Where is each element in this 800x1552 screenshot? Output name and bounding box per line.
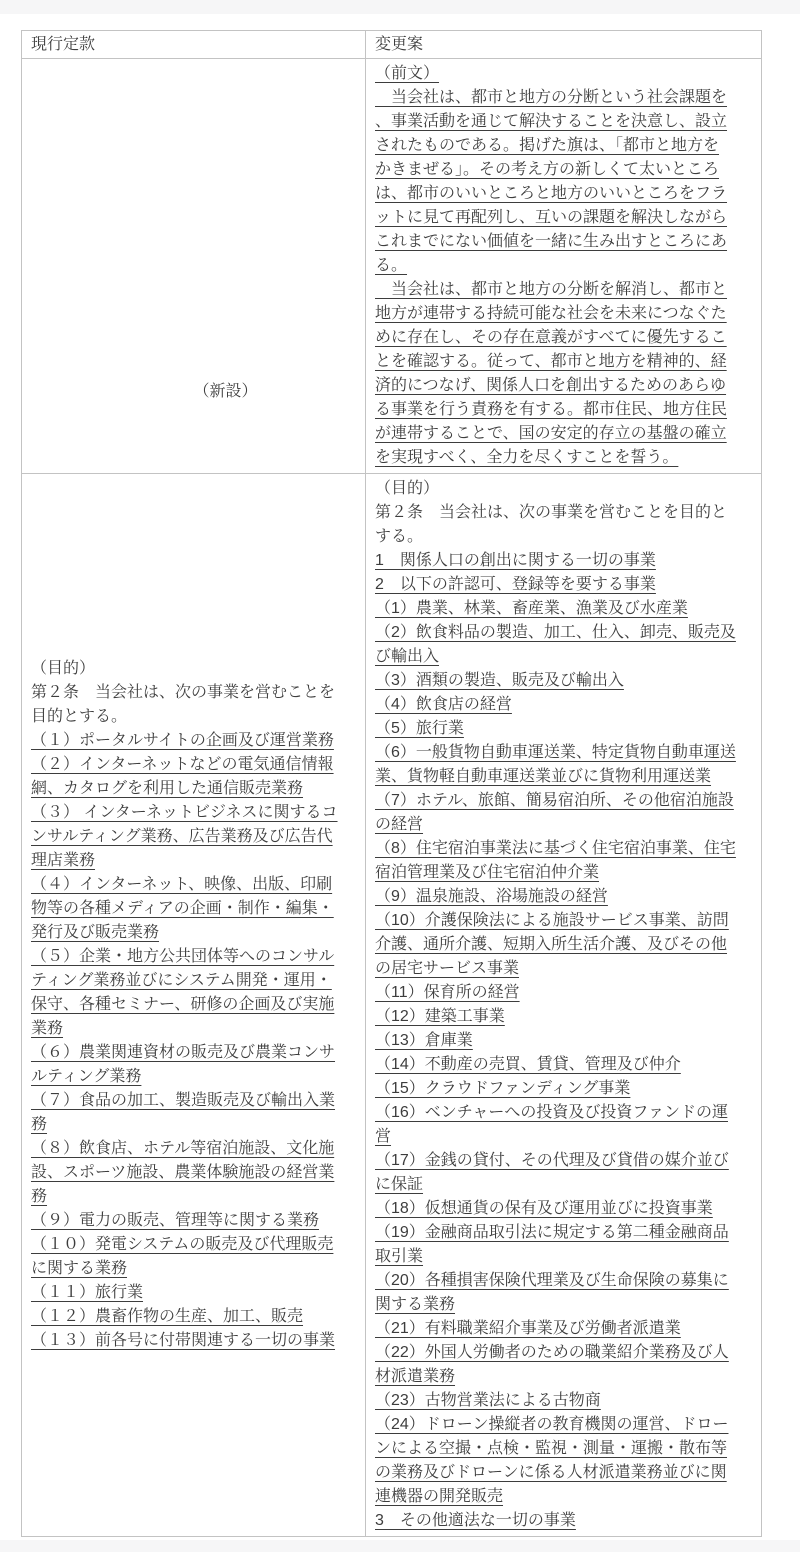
text-line: 取引業 bbox=[375, 1245, 752, 1269]
text-line: （20）各種損害保険代理業及び生命保険の募集に bbox=[375, 1269, 752, 1293]
text-line: （4）飲食店の経営 bbox=[375, 693, 752, 717]
text-line: （６）農業関連資材の販売及び農業コンサ bbox=[31, 1041, 356, 1065]
text-line: （１０）発電システムの販売及び代理販売 bbox=[31, 1233, 356, 1257]
text-line: る事業を行う責務を有する。都市住民、地方住民 bbox=[375, 398, 752, 422]
text-line: 第２条 当会社は、次の事業を営むことを目的と bbox=[375, 501, 752, 525]
text-line: （9）温泉施設、浴場施設の経営 bbox=[375, 885, 752, 909]
text-line: （8）住宅宿泊事業法に基づく住宅宿泊事業、住宅 bbox=[375, 837, 752, 861]
text-line: （12）建築工事業 bbox=[375, 1005, 752, 1029]
text-line: （7）ホテル、旅館、簡易宿泊所、その他宿泊施設 bbox=[375, 789, 752, 813]
text-line: 当会社は、都市と地方の分断という社会課題を bbox=[375, 86, 752, 110]
text-line: の居宅サービス事業 bbox=[375, 957, 752, 981]
comparison-table: 現行定款 変更案 （新設） （前文） 当会社は、都市と地方の分断という社会課題を… bbox=[21, 30, 762, 1537]
preamble-row: （新設） （前文） 当会社は、都市と地方の分断という社会課題を、事業活動を通じて… bbox=[22, 59, 762, 474]
header-row: 現行定款 変更案 bbox=[22, 31, 762, 59]
text-line: 3 その他適法な一切の事業 bbox=[375, 1509, 752, 1533]
text-line: （１２）農畜作物の生産、加工、販売 bbox=[31, 1305, 356, 1329]
text-line: 目的とする。 bbox=[31, 705, 356, 729]
text-line: （6）一般貨物自動車運送業、特定貨物自動車運送 bbox=[375, 741, 752, 765]
text-line: 2 以下の許認可、登録等を要する事業 bbox=[375, 573, 752, 597]
text-line: （目的） bbox=[31, 657, 356, 681]
text-line: 保守、各種セミナー、研修の企画及び実施 bbox=[31, 993, 356, 1017]
text-line: 介護、通所介護、短期入所生活介護、及びその他 bbox=[375, 933, 752, 957]
text-line: （９）電力の販売、管理等に関する業務 bbox=[31, 1209, 356, 1233]
text-line: ンサルティング業務、広告業務及び広告代 bbox=[31, 825, 356, 849]
text-line: 材派遣業務 bbox=[375, 1365, 752, 1389]
text-line: （14）不動産の売買、賃貸、管理及び仲介 bbox=[375, 1053, 752, 1077]
text-line: （10）介護保険法による施設サービス事業、訪問 bbox=[375, 909, 752, 933]
text-line: （22）外国人労働者のための職業紹介業務及び人 bbox=[375, 1341, 752, 1365]
text-line: 当会社は、都市と地方の分断を解消し、都市と bbox=[375, 278, 752, 302]
document-page: 現行定款 変更案 （新設） （前文） 当会社は、都市と地方の分断という社会課題を… bbox=[0, 14, 800, 1540]
text-line: されたものである。掲げた旗は、「都市と地方を bbox=[375, 134, 752, 158]
text-line: 第２条 当会社は、次の事業を営むことを bbox=[31, 681, 356, 705]
text-line: び輸出入 bbox=[375, 645, 752, 669]
text-line: する。 bbox=[375, 525, 752, 549]
text-line: （11）保育所の経営 bbox=[375, 981, 752, 1005]
text-line: （目的） bbox=[375, 477, 752, 501]
text-line: の業務及びドローンに係る人材派遣業務並びに関 bbox=[375, 1461, 752, 1485]
text-line: これまでにない価値を一緒に生み出すところにあ bbox=[375, 230, 752, 254]
text-line: （１３）前各号に付帯関連する一切の事業 bbox=[31, 1329, 356, 1353]
text-line: （2）飲食料品の製造、加工、仕入、卸売、販売及 bbox=[375, 621, 752, 645]
text-line: 網、カタログを利用した通信販売業務 bbox=[31, 777, 356, 801]
text-line: （16）ベンチャーへの投資及び投資ファンドの運 bbox=[375, 1101, 752, 1125]
text-line: （１１）旅行業 bbox=[31, 1281, 356, 1305]
text-line: 地方が連帯する持続可能な社会を未来につなぐた bbox=[375, 302, 752, 326]
text-line: （24）ドローン操縦者の教育機関の運営、ドロー bbox=[375, 1413, 752, 1437]
text-line: は、都市のいいところと地方のいいところをフラ bbox=[375, 182, 752, 206]
current-preamble-cell: （新設） bbox=[22, 59, 366, 474]
text-line: が連帯することで、国の安定的存立の基盤の確立 bbox=[375, 422, 752, 446]
text-line: （３） インターネットビジネスに関するコ bbox=[31, 801, 356, 825]
text-line: （４）インターネット、映像、出版、印刷 bbox=[31, 873, 356, 897]
amendment-header: 変更案 bbox=[366, 31, 762, 59]
text-line: 務 bbox=[31, 1185, 356, 1209]
text-line: 業務 bbox=[31, 1017, 356, 1041]
text-line: 理店業務 bbox=[31, 849, 356, 873]
current-purpose-cell: （目的）第２条 当会社は、次の事業を営むことを目的とする。（１）ポータルサイトの… bbox=[22, 474, 366, 1537]
text-line: 物等の各種メディアの企画・制作・編集・ bbox=[31, 897, 356, 921]
amendment-purpose-cell: （目的）第２条 当会社は、次の事業を営むことを目的とする。1 関係人口の創出に関… bbox=[366, 474, 762, 1537]
text-line: ルティング業務 bbox=[31, 1065, 356, 1089]
text-line: 連機器の開発販売 bbox=[375, 1485, 752, 1509]
text-line: めに存在し、その存在意義がすべてに優先するこ bbox=[375, 326, 752, 350]
text-line: （3）酒類の製造、販売及び輸出入 bbox=[375, 669, 752, 693]
text-line: （21）有料職業紹介事業及び労働者派遣業 bbox=[375, 1317, 752, 1341]
text-line: かきまぜる」。その考え方の新しくて太いところ bbox=[375, 158, 752, 182]
amendment-preamble-cell: （前文） 当会社は、都市と地方の分断という社会課題を、事業活動を通じて解決するこ… bbox=[366, 59, 762, 474]
text-line: ティング業務並びにシステム開発・運用・ bbox=[31, 969, 356, 993]
text-line: を実現すべく、全力を尽くすことを誓う。 bbox=[375, 446, 752, 470]
text-line: 、事業活動を通じて解決することを決意し、設立 bbox=[375, 110, 752, 134]
text-line: ンによる空撮・点検・監視・測量・運搬・散布等 bbox=[375, 1437, 752, 1461]
text-line: （1）農業、林業、畜産業、漁業及び水産業 bbox=[375, 597, 752, 621]
text-line: （13）倉庫業 bbox=[375, 1029, 752, 1053]
text-line: （８）飲食店、ホテル等宿泊施設、文化施 bbox=[31, 1137, 356, 1161]
text-line: の経営 bbox=[375, 813, 752, 837]
new-provision-label: （新設） bbox=[31, 380, 356, 404]
text-line: （15）クラウドファンディング事業 bbox=[375, 1077, 752, 1101]
text-line: （１）ポータルサイトの企画及び運営業務 bbox=[31, 729, 356, 753]
text-line: 業、貨物軽自動車運送業並びに貨物利用運送業 bbox=[375, 765, 752, 789]
text-line: 1 関係人口の創出に関する一切の事業 bbox=[375, 549, 752, 573]
text-line: ットに見て再配列し、互いの課題を解決しながら bbox=[375, 206, 752, 230]
text-line: 設、スポーツ施設、農業体験施設の経営業 bbox=[31, 1161, 356, 1185]
text-line: る。 bbox=[375, 254, 752, 278]
text-line: に関する業務 bbox=[31, 1257, 356, 1281]
text-line: （５）企業・地方公共団体等へのコンサル bbox=[31, 945, 356, 969]
text-line: とを確認する。従って、都市と地方を精神的、経 bbox=[375, 350, 752, 374]
text-line: （２）インターネットなどの電気通信情報 bbox=[31, 753, 356, 777]
text-line: 務 bbox=[31, 1113, 356, 1137]
text-line: 営 bbox=[375, 1125, 752, 1149]
text-line: 済的につなげ、関係人口を創出するためのあらゆ bbox=[375, 374, 752, 398]
text-line: （5）旅行業 bbox=[375, 717, 752, 741]
text-line: 関する業務 bbox=[375, 1293, 752, 1317]
current-articles-header: 現行定款 bbox=[22, 31, 366, 59]
text-line: 発行及び販売業務 bbox=[31, 921, 356, 945]
purpose-row: （目的）第２条 当会社は、次の事業を営むことを目的とする。（１）ポータルサイトの… bbox=[22, 474, 762, 1537]
text-line: （７）食品の加工、製造販売及び輸出入業 bbox=[31, 1089, 356, 1113]
text-line: （前文） bbox=[375, 62, 752, 86]
text-line: （19）金融商品取引法に規定する第二種金融商品 bbox=[375, 1221, 752, 1245]
text-line: （18）仮想通貨の保有及び運用並びに投資事業 bbox=[375, 1197, 752, 1221]
text-line: 宿泊管理業及び住宅宿泊仲介業 bbox=[375, 861, 752, 885]
text-line: （17）金銭の貸付、その代理及び貸借の媒介並び bbox=[375, 1149, 752, 1173]
text-line: （23）古物営業法による古物商 bbox=[375, 1389, 752, 1413]
text-line: に保証 bbox=[375, 1173, 752, 1197]
